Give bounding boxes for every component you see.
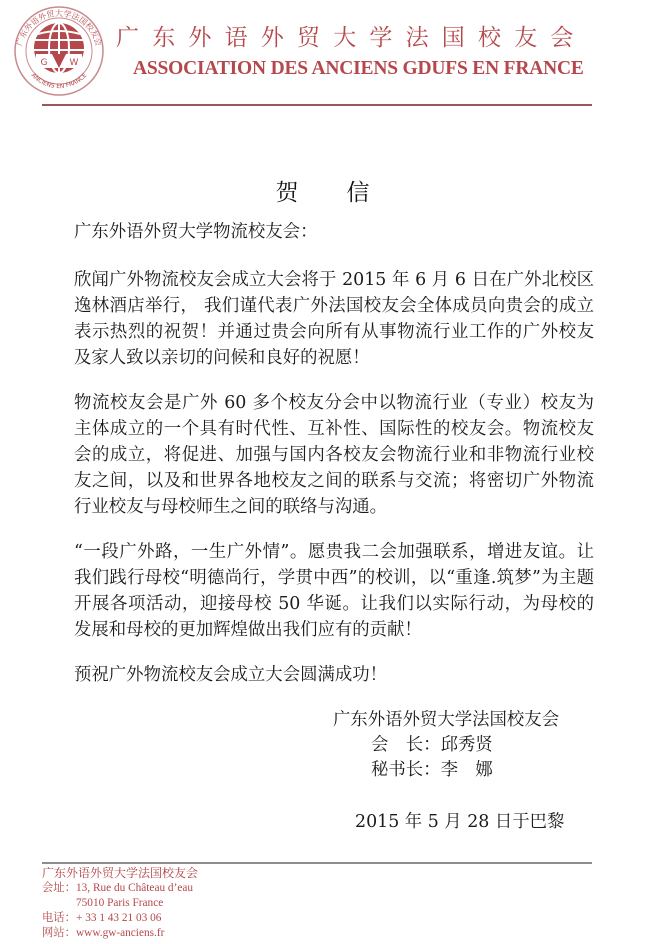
org-name-french: ASSOCIATION DES ANCIENS GDUFS EN FRANCE (133, 58, 593, 80)
paragraph-4: 预祝广外物流校友会成立大会圆满成功！ (74, 662, 594, 688)
paragraph-2: 物流校友会是广外 60 多个校友分会中以物流行业（专业）校友为主体成立的一个具有… (74, 390, 594, 520)
footer-org-name: 广东外语外贸大学法国校友会 (42, 866, 442, 881)
footer-contact: 广东外语外贸大学法国校友会 会址：13, Rue du Château d’ea… (42, 866, 442, 941)
website-label: 网站： (42, 926, 76, 941)
signature-secretary: 秘书长：李 娜 (333, 758, 593, 783)
paragraph-1: 欣闻广外物流校友会成立大会将于 2015 年 6 月 6 日在广外北校区逸林酒店… (74, 267, 594, 371)
signature-president: 会 长：邱秀贤 (333, 733, 593, 758)
org-name-chinese: 广东外语外贸大学法国校友会 (116, 24, 596, 52)
paragraph-3: “一段广外路，一生广外情”。愿贵我二会加强联系，增进友谊。让我们践行母校“明德尚… (74, 539, 594, 643)
footer-divider (42, 862, 592, 864)
svg-text:G: G (41, 58, 48, 68)
signature-block: 广东外语外贸大学法国校友会 会 长：邱秀贤 秘书长：李 娜 2015 年 5 月… (333, 708, 593, 835)
address-label: 会址： (42, 881, 76, 896)
website-link[interactable]: www.gw-anciens.fr (76, 927, 164, 939)
signature-date: 2015 年 5 月 28 日于巴黎 (333, 810, 593, 835)
letter-body: 广东外语外贸大学物流校友会： 欣闻广外物流校友会成立大会将于 2015 年 6 … (74, 219, 594, 707)
address-line-1: 13, Rue du Château d’eau (76, 882, 193, 894)
phone-number: + 33 1 43 21 03 06 (76, 912, 161, 924)
phone-label: 电话： (42, 911, 76, 926)
header-divider (42, 104, 592, 106)
title-char-1: 贺 (276, 178, 299, 208)
letter-title: 贺信 (0, 178, 645, 208)
signature-org: 广东外语外贸大学法国校友会 (333, 708, 593, 733)
title-char-2: 信 (347, 178, 370, 208)
footer-phone-row: 电话：+ 33 1 43 21 03 06 (42, 911, 442, 926)
salutation: 广东外语外贸大学物流校友会： (74, 219, 594, 245)
footer-website-row: 网站：www.gw-anciens.fr (42, 926, 442, 941)
svg-text:W: W (70, 58, 79, 68)
address-line-2: 75010 Paris France (42, 896, 442, 911)
footer-address-row: 会址：13, Rue du Château d’eau (42, 881, 442, 896)
globe-logo-icon: G W 广东外语外贸大学法国校友会 ANCIENS EN FRANCE (8, 4, 110, 96)
association-logo: G W 广东外语外贸大学法国校友会 ANCIENS EN FRANCE (8, 4, 110, 96)
